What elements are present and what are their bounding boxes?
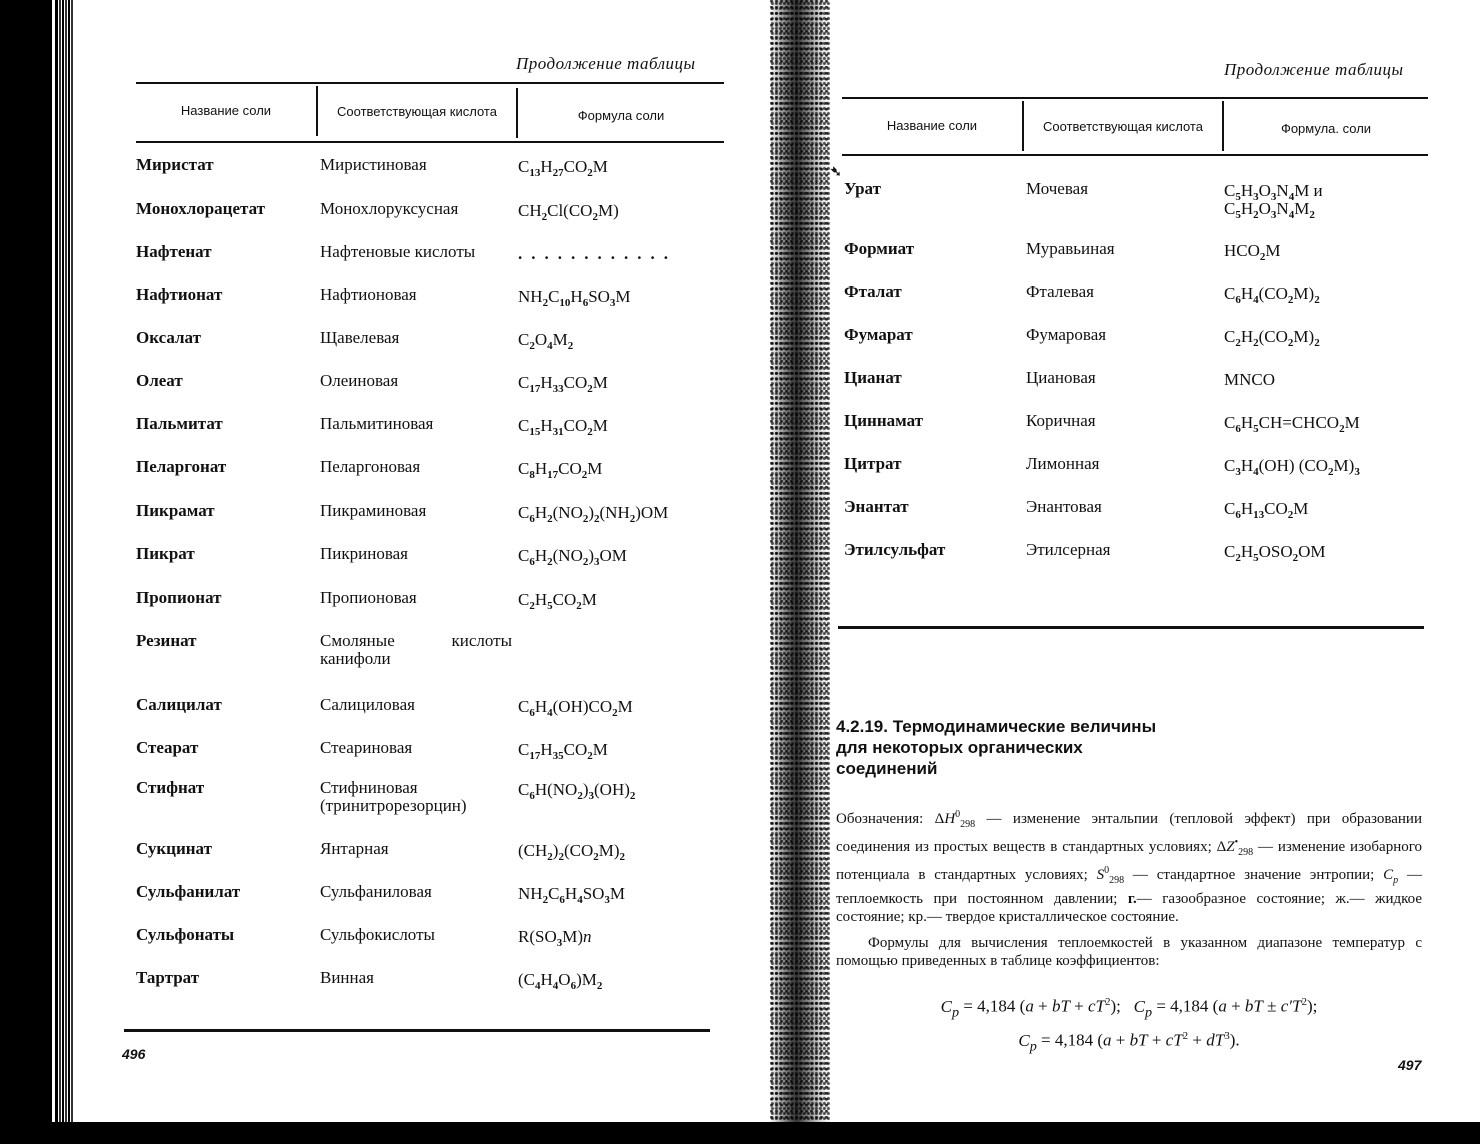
acid-name: Лимонная bbox=[1026, 455, 1099, 473]
header-formula: Формула соли bbox=[518, 108, 724, 123]
salt-formula: C13H27CO2M bbox=[518, 158, 608, 176]
salt-formula: C17H33CO2M bbox=[518, 374, 608, 392]
salt-formula: C6H(NO2)3(OH)2 bbox=[518, 781, 635, 799]
acid-name: Энантовая bbox=[1026, 498, 1102, 516]
page-number: 497 bbox=[1398, 1057, 1421, 1073]
acid-name: Коричная bbox=[1026, 412, 1096, 430]
acid-name: Миристиновая bbox=[320, 156, 427, 174]
notation-paragraph: Обозначения: ΔH0298 — изменение энтальпи… bbox=[836, 806, 1422, 926]
salt-name: Этилсульфат bbox=[844, 541, 945, 559]
salt-name: Нафтионат bbox=[136, 286, 222, 304]
acid-name: Стеариновая bbox=[320, 739, 412, 757]
acid-name: Монохлоруксусная bbox=[320, 200, 458, 218]
header-bottom-rule bbox=[136, 141, 724, 143]
header-acid: Соответствующая кислота bbox=[1024, 119, 1222, 134]
salt-formula: C6H5CH=CHCO2M bbox=[1224, 414, 1360, 432]
salt-name: Салицилат bbox=[136, 696, 222, 714]
acid-name: Салициловая bbox=[320, 696, 415, 714]
salt-name: Монохлорацетат bbox=[136, 200, 265, 218]
acid-name: Пикраминовая bbox=[320, 502, 426, 520]
book-bottom-edge bbox=[0, 1122, 1480, 1144]
acid-name: Щавелевая bbox=[320, 329, 399, 347]
header-bottom-rule bbox=[842, 154, 1428, 156]
acid-name: Нафтеновые кислоты bbox=[320, 243, 475, 261]
acid-name: Янтарная bbox=[320, 840, 389, 858]
table-top-rule bbox=[136, 82, 724, 84]
acid-name: Пропионовая bbox=[320, 589, 417, 607]
acid-name: Смоляные кислоты канифоли bbox=[320, 632, 512, 668]
acid-name: Винная bbox=[320, 969, 374, 987]
table-continuation-caption: Продолжение таблицы bbox=[1224, 60, 1404, 80]
salt-name: Оксалат bbox=[136, 329, 201, 347]
table-bottom-rule bbox=[838, 626, 1424, 629]
salt-name: Формиат bbox=[844, 240, 914, 258]
acid-name: Мочевая bbox=[1026, 180, 1088, 198]
salt-formula: NH2C10H6SO3M bbox=[518, 288, 631, 306]
salt-name: Пикрамат bbox=[136, 502, 215, 520]
salt-formula: C3H4(OH) (CO2M)3 bbox=[1224, 457, 1360, 475]
acid-name: Фталевая bbox=[1026, 283, 1094, 301]
salt-name: Миристат bbox=[136, 156, 214, 174]
book-left-edge bbox=[0, 0, 56, 1144]
salt-name: Фумарат bbox=[844, 326, 913, 344]
salt-formula: ............ bbox=[518, 245, 677, 263]
salt-formula: C5H3O3N4M иC5H2O3N4M2 bbox=[1224, 182, 1323, 218]
book-gutter bbox=[770, 0, 830, 1124]
salt-formula: C2H5CO2M bbox=[518, 591, 597, 609]
acid-name: Циановая bbox=[1026, 369, 1096, 387]
salt-name: Нафтенат bbox=[136, 243, 212, 261]
salt-formula: C6H2(NO2)2(NH2)OM bbox=[518, 504, 668, 522]
acid-name: Пикриновая bbox=[320, 545, 408, 563]
acid-name: Сульфаниловая bbox=[320, 883, 432, 901]
salt-formula: (CH2)2(CO2M)2 bbox=[518, 842, 625, 860]
acid-name: Пальмитиновая bbox=[320, 415, 433, 433]
salt-formula: R(SO3M)n bbox=[518, 928, 592, 946]
acid-name: Фумаровая bbox=[1026, 326, 1106, 344]
salt-name: Цианат bbox=[844, 369, 902, 387]
salt-name: Фталат bbox=[844, 283, 902, 301]
salt-name: Урат bbox=[844, 180, 881, 198]
formulas-intro-paragraph: Формулы для вычисления теплоемкостей в у… bbox=[836, 934, 1422, 970]
salt-name: Пеларгонат bbox=[136, 458, 226, 476]
page-number: 496 bbox=[122, 1046, 145, 1062]
salt-name: Резинат bbox=[136, 632, 197, 650]
salt-name: Тартрат bbox=[136, 969, 199, 987]
salt-name: Энантат bbox=[844, 498, 909, 516]
salt-name: Сукцинат bbox=[136, 840, 212, 858]
page-stack-edge bbox=[56, 0, 74, 1144]
heat-capacity-formulas: Cp = 4,184 (a + bT + cT2); Cp = 4,184 (a… bbox=[836, 990, 1422, 1058]
salt-formula: C6H2(NO2)3OM bbox=[518, 547, 627, 565]
header-salt-name: Название соли bbox=[842, 118, 1022, 133]
salt-formula: NH2C6H4SO3M bbox=[518, 885, 625, 903]
salt-formula: C15H31CO2M bbox=[518, 417, 608, 435]
table-top-rule bbox=[842, 97, 1428, 99]
salt-name: Олеат bbox=[136, 372, 183, 390]
salt-name: Стеарат bbox=[136, 739, 198, 757]
salt-name: Сульфонаты bbox=[136, 926, 234, 944]
salt-name: Пальмитат bbox=[136, 415, 223, 433]
header-salt-name: Название соли bbox=[136, 103, 316, 118]
salt-name: Циннамат bbox=[844, 412, 923, 430]
acid-name: Муравьиная bbox=[1026, 240, 1115, 258]
salt-formula: C6H13CO2M bbox=[1224, 500, 1308, 518]
table-continuation-caption: Продолжение таблицы bbox=[516, 54, 696, 74]
salt-name: Цитрат bbox=[844, 455, 901, 473]
header-formula: Формула. соли bbox=[1224, 121, 1428, 136]
salt-formula: CH2Cl(CO2M) bbox=[518, 202, 619, 220]
section-title: 4.2.19. Термодинамические величины для н… bbox=[836, 716, 1256, 779]
salt-formula: (C4H4O6)M2 bbox=[518, 971, 602, 989]
salt-formula: MNCO bbox=[1224, 371, 1275, 389]
acid-name: Стифниновая (тринитрорезорцин) bbox=[320, 779, 512, 815]
acid-name: Сульфокислоты bbox=[320, 926, 435, 944]
salt-name: Пикрат bbox=[136, 545, 195, 563]
salt-name: Сульфанилат bbox=[136, 883, 240, 901]
table-bottom-rule bbox=[124, 1029, 710, 1032]
salt-name: Пропионат bbox=[136, 589, 221, 607]
salt-formula: C6H4(CO2M)2 bbox=[1224, 285, 1320, 303]
formula-line: Cp = 4,184 (a + bT + cT2 + dT3). bbox=[836, 1024, 1422, 1058]
salt-formula: C17H35CO2M bbox=[518, 741, 608, 759]
acid-name: Этилсерная bbox=[1026, 541, 1111, 559]
formula-line: Cp = 4,184 (a + bT + cT2); Cp = 4,184 (a… bbox=[836, 990, 1422, 1024]
salt-formula: HCO2M bbox=[1224, 242, 1281, 260]
salt-formula: C2O4M2 bbox=[518, 331, 573, 349]
header-acid: Соответствующая кислота bbox=[318, 104, 516, 119]
acid-name: Олеиновая bbox=[320, 372, 398, 390]
salt-formula: C2H2(CO2M)2 bbox=[1224, 328, 1320, 346]
salt-name: Стифнат bbox=[136, 779, 204, 797]
acid-name: Нафтионовая bbox=[320, 286, 417, 304]
margin-mark-icon: ➴ bbox=[830, 164, 842, 181]
salt-formula: C6H4(OH)CO2M bbox=[518, 698, 633, 716]
salt-formula: C8H17CO2M bbox=[518, 460, 602, 478]
salt-formula: C2H5OSO2OM bbox=[1224, 543, 1326, 561]
acid-name: Пеларгоновая bbox=[320, 458, 420, 476]
